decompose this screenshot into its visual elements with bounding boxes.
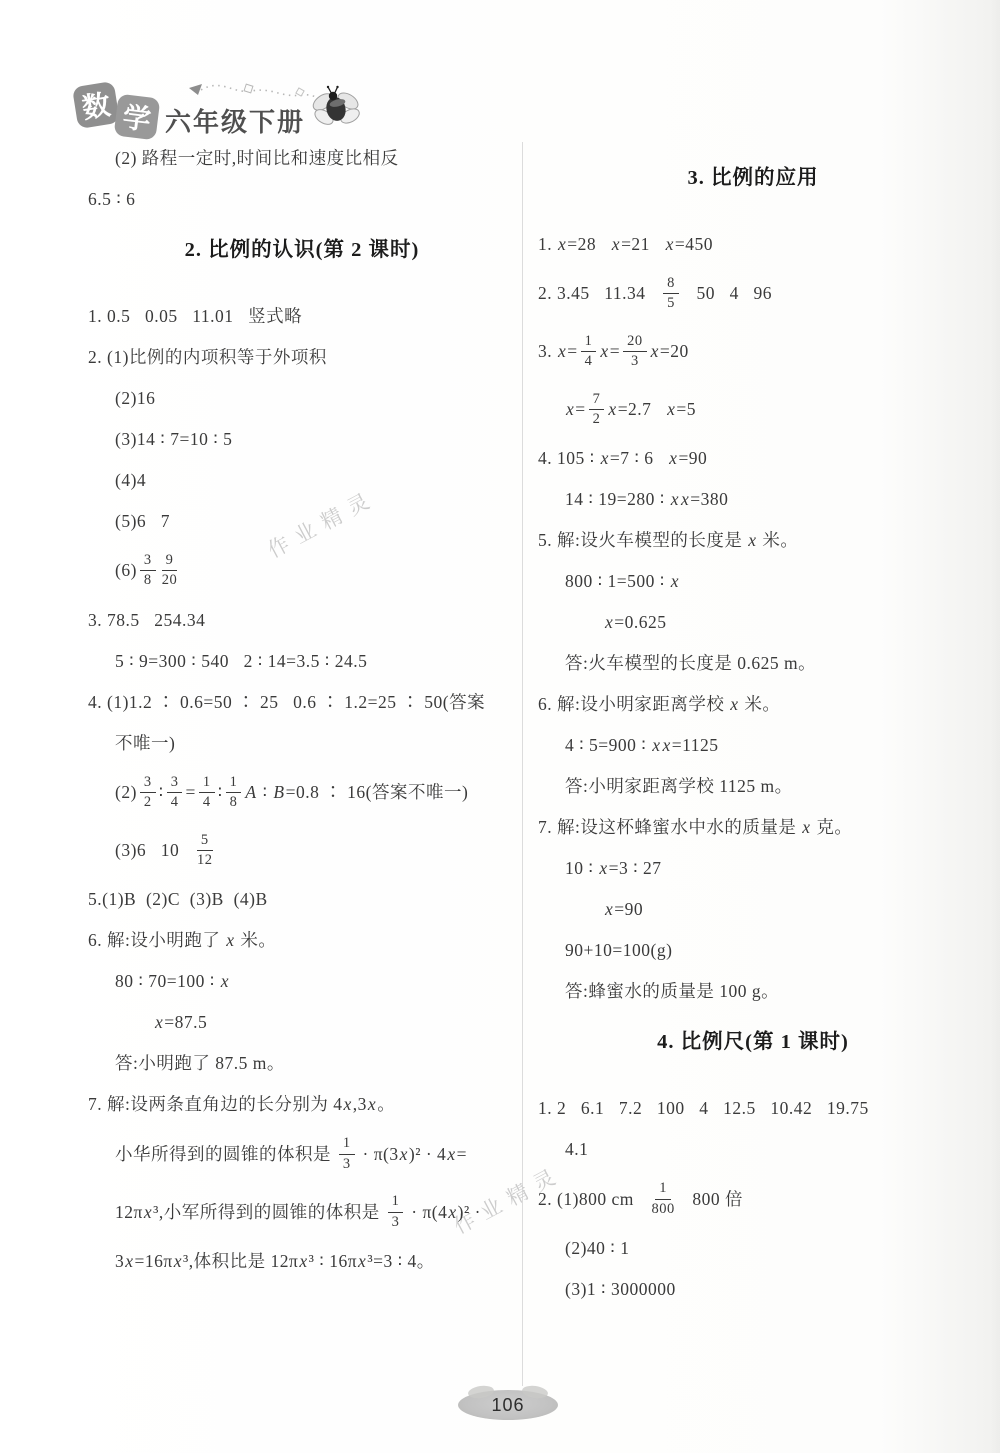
answer-line: 不唯一) <box>88 731 516 756</box>
math-variable: x <box>670 569 680 594</box>
fraction: 512 <box>197 832 213 870</box>
answer-line: 5. 解:设火车模型的长度是 x 米。 <box>538 528 968 553</box>
fraction: 13 <box>339 1135 355 1173</box>
page-header: 数 学 六年级下册 <box>75 80 375 150</box>
fraction: 38 <box>140 552 156 590</box>
fraction: 72 <box>589 391 605 429</box>
math-variable: x <box>367 1092 377 1117</box>
answer-line: 1. x=28 x=21 x=450 <box>538 232 968 257</box>
answer-line: 2. (1)800 cm 1800 800 倍 <box>538 1178 968 1220</box>
answer-line: x=87.5 <box>88 1010 516 1035</box>
math-variable: x <box>447 1200 457 1225</box>
math-variable: x <box>666 397 676 422</box>
answer-line: 4.1 <box>538 1137 968 1162</box>
answer-line: 6. 解:设小明家距离学校 x 米。 <box>538 692 968 717</box>
math-variable: x <box>665 232 675 257</box>
math-variable: x <box>600 446 610 471</box>
math-variable: x <box>154 1010 164 1035</box>
answer-line: x=72 x=2.7 x=5 <box>538 389 968 431</box>
answer-line: (3)6 10 512 <box>88 830 516 872</box>
answer-line: 12πx³,小军所得到的圆锥的体积是 13 · π(4x)² · <box>88 1191 516 1233</box>
fraction: 13 <box>388 1193 404 1231</box>
math-variable: x <box>662 733 672 758</box>
answer-line: 80 ∶ 70=100 ∶ x <box>88 969 516 994</box>
answer-line: 4 ∶ 5=900 ∶ x x=1125 <box>538 733 968 758</box>
fraction: 1800 <box>652 1180 675 1218</box>
page-number: 106 <box>491 1395 524 1416</box>
answer-line: 小华所得到的圆锥的体积是 13 · π(3x)² · 4x= <box>88 1133 516 1175</box>
answer-line: 5.(1)B (2)C (3)B (4)B <box>88 887 516 912</box>
math-variable: x <box>747 528 757 553</box>
answer-line: (5)6 7 <box>88 509 516 534</box>
answer-line: 90+10=100(g) <box>538 938 968 963</box>
math-variable: x <box>343 1092 353 1117</box>
math-variable: x <box>446 1142 456 1167</box>
page-number-badge: 106 <box>458 1390 558 1420</box>
answer-line: 3. x=14 x=203 x=20 <box>538 331 968 373</box>
math-variable: x <box>729 692 739 717</box>
answer-line: 3x=16πx³,体积比是 12πx³ ∶ 16πx³=3 ∶ 4。 <box>88 1249 516 1274</box>
left-column: (2) 路程一定时,时间比和速度比相反6.5 ∶ 62. 比例的认识(第 2 课… <box>88 146 516 1290</box>
section-heading: 3. 比例的应用 <box>538 164 968 192</box>
answer-line: 10 ∶ x=3 ∶ 27 <box>538 856 968 881</box>
bee-icon <box>185 74 365 138</box>
section-heading: 2. 比例的认识(第 2 课时) <box>88 236 516 264</box>
math-variable: B <box>272 780 285 805</box>
answer-line: 4. 105 ∶ x=7 ∶ 6 x=90 <box>538 446 968 471</box>
math-variable: x <box>399 1142 409 1167</box>
math-variable: x <box>604 610 614 635</box>
answer-line: 答:火车模型的长度是 0.625 m。 <box>538 651 968 676</box>
answer-line: (3)1 ∶ 3000000 <box>538 1277 968 1302</box>
math-variable: x <box>650 339 660 364</box>
fraction: 203 <box>623 333 647 371</box>
answer-line: 14 ∶ 19=280 ∶ x x=380 <box>538 487 968 512</box>
answer-line: 答:小明家距离学校 1125 m。 <box>538 774 968 799</box>
math-variable: A <box>244 780 257 805</box>
fraction: 14 <box>199 774 215 812</box>
math-variable: x <box>298 1249 308 1274</box>
answer-line: 答:小明跑了 87.5 m。 <box>88 1051 516 1076</box>
answer-line: (2)32∶34=14∶18 A ∶ B=0.8 ∶ 16(答案不唯一) <box>88 772 516 814</box>
math-variable: x <box>557 339 567 364</box>
answer-line: x=0.625 <box>538 610 968 635</box>
answer-line: 答:蜂蜜水的质量是 100 g。 <box>538 979 968 1004</box>
fraction: 32 <box>140 774 156 812</box>
math-variable: x <box>557 232 567 257</box>
answer-line: (2) 路程一定时,时间比和速度比相反 <box>88 146 516 171</box>
math-variable: x <box>565 397 575 422</box>
math-variable: x <box>598 856 608 881</box>
math-variable: x <box>124 1249 134 1274</box>
section-heading: 4. 比例尺(第 1 课时) <box>538 1028 968 1056</box>
answer-line: (6)38 920 <box>88 550 516 592</box>
fraction: 18 <box>226 774 242 812</box>
math-variable: x <box>599 339 609 364</box>
answer-line: 2. (1)比例的内项积等于外项积 <box>88 345 516 370</box>
math-variable: x <box>801 815 811 840</box>
fraction: 14 <box>581 333 597 371</box>
math-variable: x <box>143 1200 153 1225</box>
answer-line: 6. 解:设小明跑了 x 米。 <box>88 928 516 953</box>
answer-line: (2)40 ∶ 1 <box>538 1236 968 1261</box>
answer-line: 7. 解:设两条直角边的长分别为 4x,3x。 <box>88 1092 516 1117</box>
arrow-icon <box>189 84 202 95</box>
math-variable: x <box>607 397 617 422</box>
math-variable: x <box>670 487 680 512</box>
math-variable: x <box>225 928 235 953</box>
math-logo-box-2: 学 <box>114 94 161 141</box>
math-variable: x <box>220 969 230 994</box>
fraction: 85 <box>663 275 679 313</box>
math-variable: x <box>357 1249 367 1274</box>
workbook-page: 数 学 六年级下册 作业精灵 作业精灵 (2) 路程一定时,时间比和速 <box>0 0 1000 1453</box>
math-variable: x <box>604 897 614 922</box>
answer-line: 1. 2 6.1 7.2 100 4 12.5 10.42 19.75 <box>538 1096 968 1121</box>
answer-line: 5 ∶ 9=300 ∶ 540 2 ∶ 14=3.5 ∶ 24.5 <box>88 649 516 674</box>
math-variable: x <box>611 232 621 257</box>
answer-line: 6.5 ∶ 6 <box>88 187 516 212</box>
fraction: 920 <box>162 552 178 590</box>
math-variable: x <box>668 446 678 471</box>
answer-line: 1. 0.5 0.05 11.01 竖式略 <box>88 304 516 329</box>
answer-line: 3. 78.5 254.34 <box>88 608 516 633</box>
answer-line: (3)14 ∶ 7=10 ∶ 5 <box>88 427 516 452</box>
answer-line: 4. (1)1.2 ∶ 0.6=50 ∶ 25 0.6 ∶ 1.2=25 ∶ 5… <box>88 690 516 715</box>
answer-line: 7. 解:设这杯蜂蜜水中水的质量是 x 克。 <box>538 815 968 840</box>
answer-line: (4)4 <box>88 468 516 493</box>
answer-line: 800 ∶ 1=500 ∶ x <box>538 569 968 594</box>
answer-line: (2)16 <box>88 386 516 411</box>
math-variable: x <box>651 733 661 758</box>
math-logo-box-1: 数 <box>72 81 120 129</box>
math-variable: x <box>680 487 690 512</box>
answer-line: 2. 3.45 11.34 85 50 4 96 <box>538 273 968 315</box>
math-variable: x <box>173 1249 183 1274</box>
fraction: 34 <box>167 774 183 812</box>
right-column: 3. 比例的应用1. x=28 x=21 x=4502. 3.45 11.34 … <box>538 140 968 1318</box>
answer-line: x=90 <box>538 897 968 922</box>
